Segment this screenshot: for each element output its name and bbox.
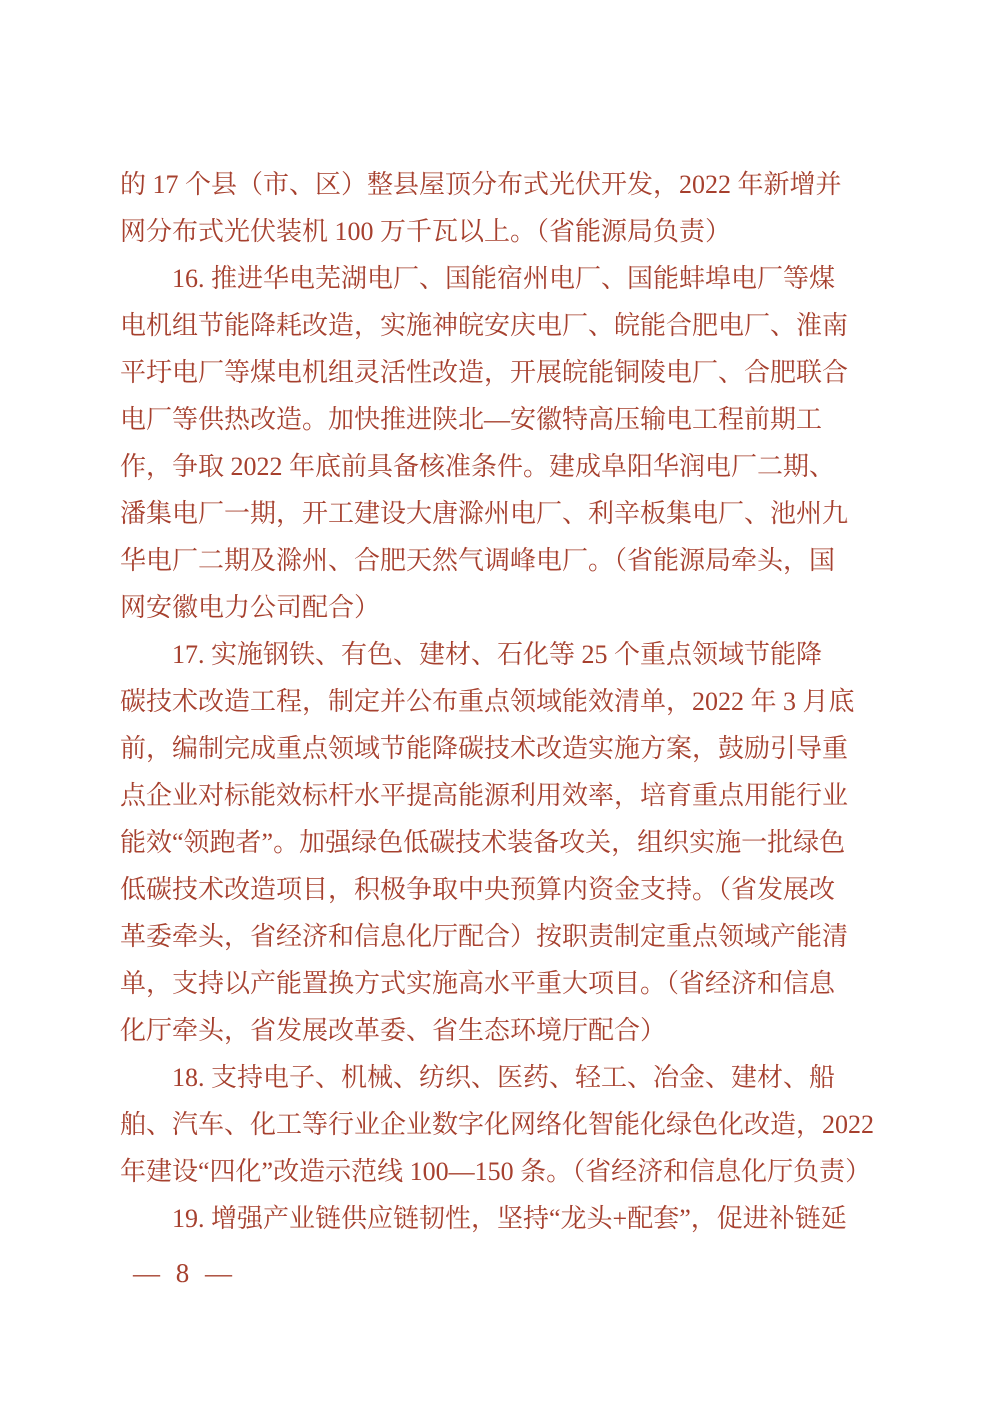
text-line: 电机组节能降耗改造，实施神皖安庆电厂、皖能合肥电厂、淮南 xyxy=(120,302,889,349)
text-line: 平圩电厂等煤电机组灵活性改造，开展皖能铜陵电厂、合肥联合 xyxy=(120,349,889,396)
text-line: 碳技术改造工程，制定并公布重点领域能效清单，2022 年 3 月底 xyxy=(120,678,889,725)
text-line: 作，争取 2022 年底前具备核准条件。建成阜阳华润电厂二期、 xyxy=(120,443,889,490)
text-line: 网分布式光伏装机 100 万千瓦以上。（省能源局负责） xyxy=(120,208,889,255)
text-line: 化厅牵头，省发展改革委、省生态环境厅配合） xyxy=(120,1007,889,1054)
document-page: 的 17 个县（市、区）整县屋顶分布式光伏开发，2022 年新增并 网分布式光伏… xyxy=(0,0,1000,1415)
text-line: 电厂等供热改造。加快推进陕北—安徽特高压输电工程前期工 xyxy=(120,396,889,443)
text-line: 年建设“四化”改造示范线 100—150 条。（省经济和信息化厅负责） xyxy=(120,1148,889,1195)
text-line: 华电厂二期及滁州、合肥天然气调峰电厂。（省能源局牵头，国 xyxy=(120,537,889,584)
text-line: 19. 增强产业链供应链韧性，坚持“龙头+配套”，促进补链延 xyxy=(120,1195,889,1242)
text-line: 单，支持以产能置换方式实施高水平重大项目。（省经济和信息 xyxy=(120,960,889,1007)
text-line: 16. 推进华电芜湖电厂、国能宿州电厂、国能蚌埠电厂等煤 xyxy=(120,255,889,302)
text-line: 17. 实施钢铁、有色、建材、石化等 25 个重点领域节能降 xyxy=(120,631,889,678)
text-line: 革委牵头，省经济和信息化厅配合）按职责制定重点领域产能清 xyxy=(120,913,889,960)
text-line: 点企业对标能效标杆水平提高能源利用效率，培育重点用能行业 xyxy=(120,772,889,819)
text-line: 前，编制完成重点领域节能降碳技术改造实施方案，鼓励引导重 xyxy=(120,725,889,772)
text-line: 舶、汽车、化工等行业企业数字化网络化智能化绿色化改造，2022 xyxy=(120,1101,889,1148)
text-line: 低碳技术改造项目，积极争取中央预算内资金支持。（省发展改 xyxy=(120,866,889,913)
text-line: 18. 支持电子、机械、纺织、医药、轻工、冶金、建材、船 xyxy=(120,1054,889,1101)
text-line: 的 17 个县（市、区）整县屋顶分布式光伏开发，2022 年新增并 xyxy=(120,161,889,208)
text-line: 潘集电厂一期，开工建设大唐滁州电厂、利辛板集电厂、池州九 xyxy=(120,490,889,537)
document-body: 的 17 个县（市、区）整县屋顶分布式光伏开发，2022 年新增并 网分布式光伏… xyxy=(120,161,889,1242)
page-number: — 8 — xyxy=(133,1256,232,1290)
text-line: 能效“领跑者”。加强绿色低碳技术装备攻关，组织实施一批绿色 xyxy=(120,819,889,866)
text-line: 网安徽电力公司配合） xyxy=(120,584,889,631)
